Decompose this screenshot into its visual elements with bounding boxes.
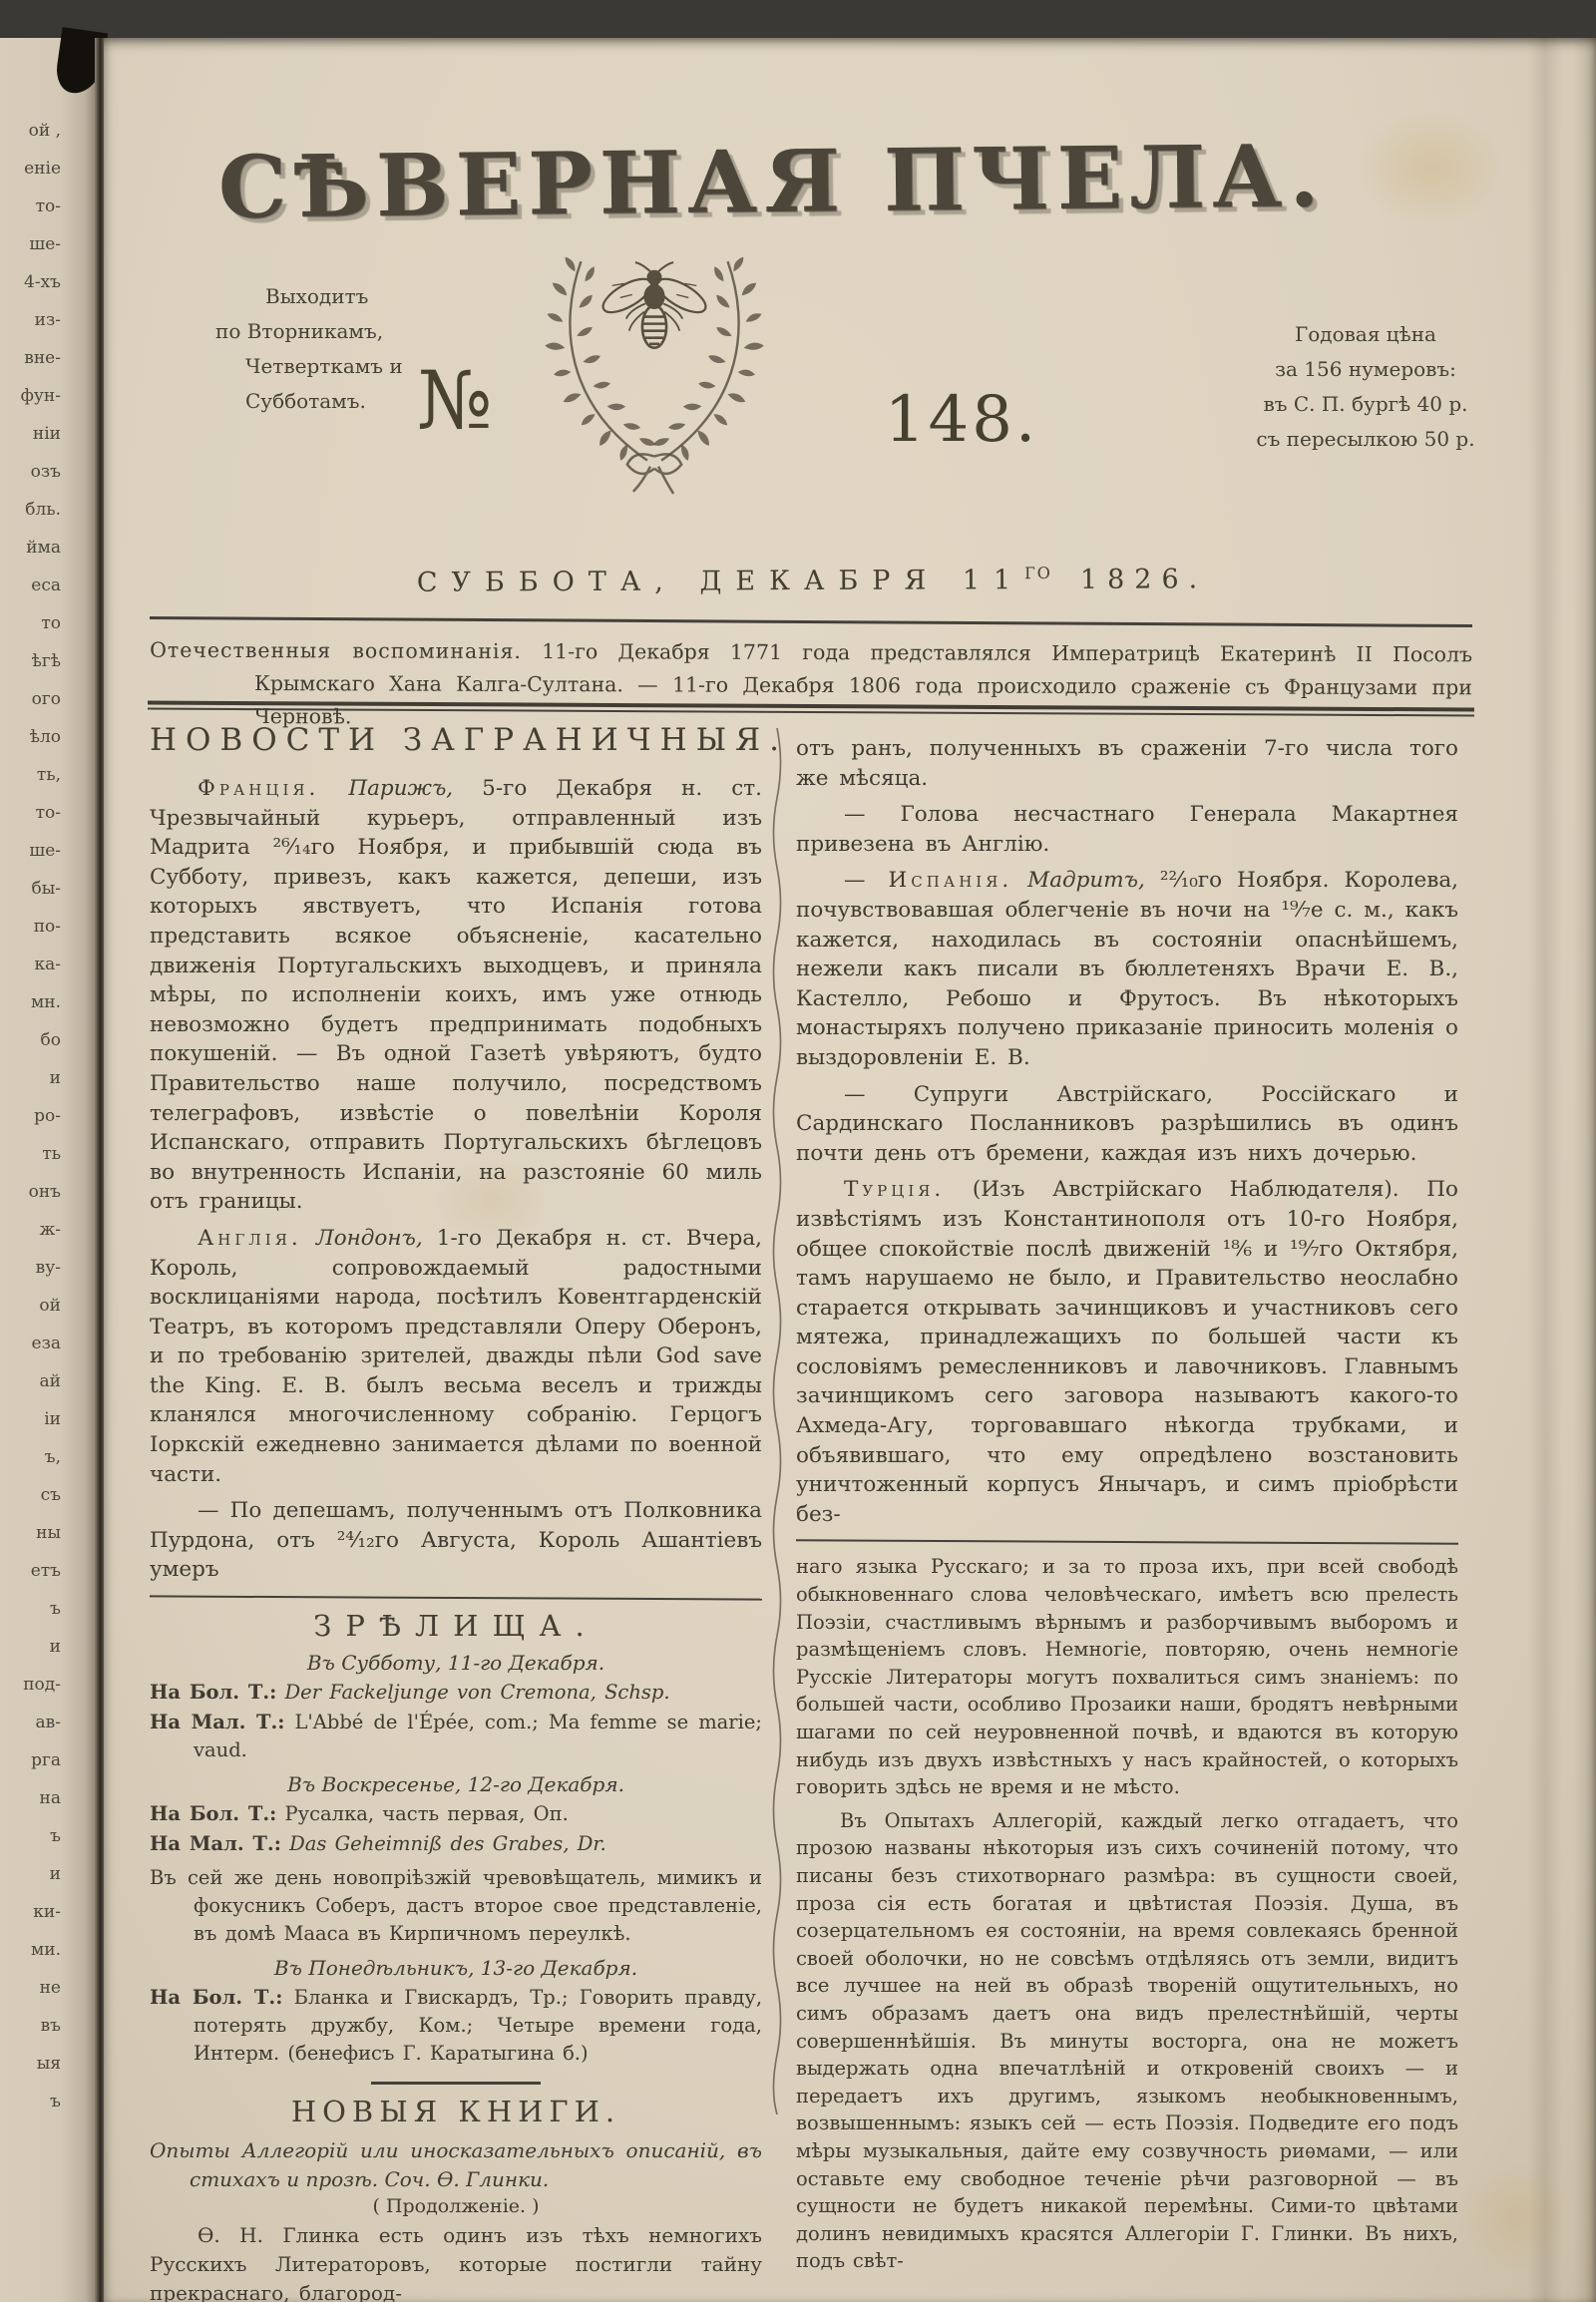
price-line: за 156 нумеровъ: — [1203, 352, 1528, 387]
text-fragment: ми. — [21, 1931, 61, 1969]
text-fragment: ого — [21, 680, 61, 718]
schedule-line: по Вторникамъ, — [215, 314, 465, 349]
country-label: Турція. — [844, 1177, 945, 1202]
text-fragment: съ — [21, 1476, 61, 1514]
dateline-year: 1826. — [1080, 564, 1207, 595]
country-label: Франція. — [198, 776, 319, 801]
memorial-lead: Отечественныя воспоминанія. — [150, 638, 522, 663]
short-rule — [371, 2082, 541, 2085]
playbill-line: На Бол. Т.: Der Fackeljunge von Cremona,… — [150, 1679, 762, 1707]
text-fragment: фун- — [21, 377, 61, 415]
new-books-heading: НОВЫЯ КНИГИ. — [150, 2095, 762, 2128]
newspaper-title: СѢВЕРНАЯ ПЧЕЛА. — [144, 125, 1401, 238]
price-line: съ пересылкою 50 р. — [1203, 422, 1528, 457]
ventriloquist-note: Въ сей же день новопріѣзжій чревовѣщател… — [150, 1864, 762, 1948]
continuation-note: ( Продолженіе. ) — [150, 2195, 762, 2217]
playbill-line: На Бол. Т.: Русалка, часть первая, Оп. — [150, 1800, 762, 1828]
news-paragraph-wounds: отъ ранъ, полученныхъ въ сраженіи 7-го ч… — [796, 734, 1458, 793]
text-fragment: ка- — [21, 946, 61, 983]
theatre-label: На Бол. Т.: — [150, 1802, 276, 1825]
section-rule — [796, 1540, 1458, 1545]
text-fragment: ой — [21, 1287, 61, 1325]
text-fragment: ой , — [21, 112, 61, 150]
bee-wreath-emblem-icon — [521, 243, 788, 505]
text-fragment: ть — [21, 1135, 61, 1173]
text-fragment: по- — [21, 908, 61, 946]
review-paragraph: наго языка Русскаго; и за то проза ихъ, … — [796, 1553, 1458, 1800]
text-fragment: іи — [21, 1400, 61, 1438]
paragraph-text: ²²⁄₁₀го Ноября. Королева, почувствовавша… — [796, 868, 1458, 1070]
issue-number-symbol: № — [417, 361, 493, 441]
text-fragment: еса — [21, 567, 61, 604]
foreign-news-heading: НОВОСТИ ЗАГРАНИЧНЫЯ. — [150, 722, 762, 758]
text-fragment: ыя — [21, 2045, 61, 2083]
text-fragment: то- — [21, 794, 61, 832]
dateline-ordinal: ГО — [1024, 564, 1052, 582]
text-fragment: въ — [21, 2007, 61, 2045]
issue-dateline: СУББОТА, ДЕКАБРЯ 11ГО1826. — [104, 562, 1520, 599]
city-label: Парижъ, — [319, 776, 453, 801]
text-fragment: ъ — [21, 1590, 61, 1628]
playbill-day-sunday: Въ Воскресенье, 12-го Декабря. — [150, 1772, 762, 1796]
text-fragment: вне- — [21, 339, 61, 377]
text-fragment: ъ — [21, 2083, 61, 2120]
text-fragment: йма — [21, 529, 61, 567]
text-fragment: ъ, — [21, 1438, 61, 1476]
theatre-label: На Мал. Т.: — [150, 1832, 281, 1855]
text-fragment: и — [21, 1855, 61, 1893]
facing-page-edge: ой ,еніето-ше-4-хъиз-вне-фун-ніиозъбль.й… — [0, 38, 97, 2302]
news-paragraph-macartney: — Голова несчастнаго Генерала Макартнея … — [796, 800, 1458, 859]
facing-page-text-fragments: ой ,еніето-ше-4-хъиз-вне-фун-ніиозъбль.й… — [21, 112, 61, 2120]
playbill-line: На Бол. Т.: Бланка и Гвискардъ, Тр.; Гов… — [150, 1984, 762, 2068]
paper-crease — [1528, 38, 1562, 2302]
dateline-text: СУББОТА, ДЕКАБРЯ 11 — [417, 565, 1025, 598]
text-fragment: бо — [21, 1021, 61, 1059]
play-title: Русалка, часть первая, Оп. — [276, 1802, 568, 1825]
right-column: отъ ранъ, полученныхъ въ сраженіи 7-го ч… — [796, 734, 1458, 2281]
playbill-day-saturday: Въ Субботу, 11-го Декабря. — [150, 1651, 762, 1675]
text-fragment: из- — [21, 301, 61, 339]
news-paragraph-dispatch: — По депешамъ, полученнымъ отъ Полковник… — [150, 1496, 762, 1585]
play-title: Der Fackeljunge von Cremona, Schsp. — [276, 1681, 669, 1704]
text-fragment: мн. — [21, 983, 61, 1021]
city-label: Мадритъ, — [1012, 868, 1145, 893]
text-fragment: ай — [21, 1362, 61, 1400]
text-fragment: то- — [21, 188, 61, 225]
text-fragment: озъ — [21, 453, 61, 491]
news-paragraph-france: Франція. Парижъ, 5-го Декабря н. ст. Чре… — [150, 774, 762, 1217]
country-label: Англія. — [198, 1226, 302, 1251]
news-paragraph-england: Англія. Лондонъ, 1-го Декабря н. ст. Вче… — [150, 1224, 762, 1489]
text-fragment: и — [21, 1628, 61, 1666]
horizontal-rule — [150, 616, 1472, 627]
column-divider — [768, 728, 786, 2114]
text-fragment: 4-хъ — [21, 263, 61, 301]
paragraph-text: По извѣстіямъ изъ Константинополя отъ 10… — [796, 1177, 1458, 1527]
playbill-day-monday: Въ Понедѣльникъ, 13-го Декабря. — [150, 1956, 762, 1980]
theatre-label: На Бол. Т.: — [150, 1986, 282, 2009]
text-fragment: ж- — [21, 1211, 61, 1249]
subscription-price: Годовая цѣна за 156 нумеровъ: въ С. П. б… — [1203, 317, 1528, 457]
text-fragment: еза — [21, 1325, 61, 1362]
playbill-line: На Мал. Т.: L'Abbé de l'Épée, com.; Ma f… — [150, 1709, 762, 1764]
text-fragment: не — [21, 1969, 61, 2007]
theatre-label: На Мал. Т.: — [150, 1711, 284, 1733]
text-fragment: онъ — [21, 1173, 61, 1211]
text-fragment: ро- — [21, 1097, 61, 1135]
text-fragment: под- — [21, 1666, 61, 1704]
spectacles-heading: ЗРѢЛИЩА. — [150, 1609, 762, 1643]
schedule-line: Выходитъ — [265, 279, 465, 314]
text-fragment: еніе — [21, 150, 61, 188]
text-fragment: ны — [21, 1514, 61, 1552]
price-line: Годовая цѣна — [1203, 317, 1528, 352]
news-paragraph-turkey: Турція. (Изъ Австрійскаго Наблюдателя). … — [796, 1175, 1458, 1529]
page-right-edge — [1574, 38, 1596, 2302]
bee-icon — [598, 262, 711, 348]
text-fragment: бы- — [21, 870, 61, 908]
city-label: Лондонъ, — [302, 1226, 423, 1251]
book-title: Опыты Аллегорій или иносказательныхъ опи… — [150, 2136, 762, 2193]
section-rule — [150, 1595, 762, 1600]
text-fragment: ѣло — [21, 718, 61, 756]
text-fragment: ніи — [21, 415, 61, 453]
theatre-label: На Бол. Т.: — [150, 1681, 276, 1704]
text-fragment: на — [21, 1779, 61, 1817]
text-fragment: ав- — [21, 1704, 61, 1741]
left-column: НОВОСТИ ЗАГРАНИЧНЫЯ. Франція. Парижъ, 5-… — [150, 722, 762, 2302]
text-fragment: бль. — [21, 491, 61, 529]
text-fragment: ше- — [21, 832, 61, 870]
paragraph-text: 1-го Декабря н. ст. Вчера, Король, сопро… — [150, 1226, 762, 1487]
text-fragment: етъ — [21, 1552, 61, 1590]
text-fragment: ъ — [21, 1817, 61, 1855]
paragraph-text: 5-го Декабря н. ст. Чрезвычайный курьеръ… — [150, 776, 762, 1214]
text-fragment: и — [21, 1059, 61, 1097]
price-line: въ С. П. бургѣ 40 р. — [1203, 387, 1528, 422]
scanned-newspaper-photo: { "colors": { "paper": "#ddd3c0", "ink":… — [0, 0, 1596, 2302]
text-fragment: ше- — [21, 225, 61, 263]
review-paragraph: Въ Опытахъ Аллегорій, каждый легко отгад… — [796, 1807, 1458, 2275]
text-fragment: ву- — [21, 1249, 61, 1287]
text-fragment: то — [21, 604, 61, 642]
source-label: (Изъ Австрійскаго Наблюдателя). — [945, 1177, 1398, 1202]
newspaper-page: СѢВЕРНАЯ ПЧЕЛА. Выходитъ по Вторникамъ, … — [104, 38, 1596, 2302]
text-fragment: ѣгѣ — [21, 642, 61, 680]
review-opening: Ѳ. Н. Глинка есть одинъ изъ тѣхъ немноги… — [150, 2221, 762, 2302]
play-title: Das Geheimniß des Grabes, Dr. — [281, 1832, 606, 1855]
text-fragment: рга — [21, 1741, 61, 1779]
country-label: — Испанія. — [844, 868, 1012, 893]
news-paragraph-envoys: — Супруги Австрійскаго, Россійскаго и Са… — [796, 1080, 1458, 1169]
text-fragment: ки- — [21, 1893, 61, 1931]
playbill-line: На Мал. Т.: Das Geheimniß des Grabes, Dr… — [150, 1830, 762, 1858]
news-paragraph-spain: — Испанія. Мадритъ, ²²⁄₁₀го Ноября. Коро… — [796, 866, 1458, 1072]
paper-stain — [1460, 2162, 1570, 2272]
text-fragment: ть, — [21, 756, 61, 794]
issue-number: 148. — [802, 383, 1121, 457]
